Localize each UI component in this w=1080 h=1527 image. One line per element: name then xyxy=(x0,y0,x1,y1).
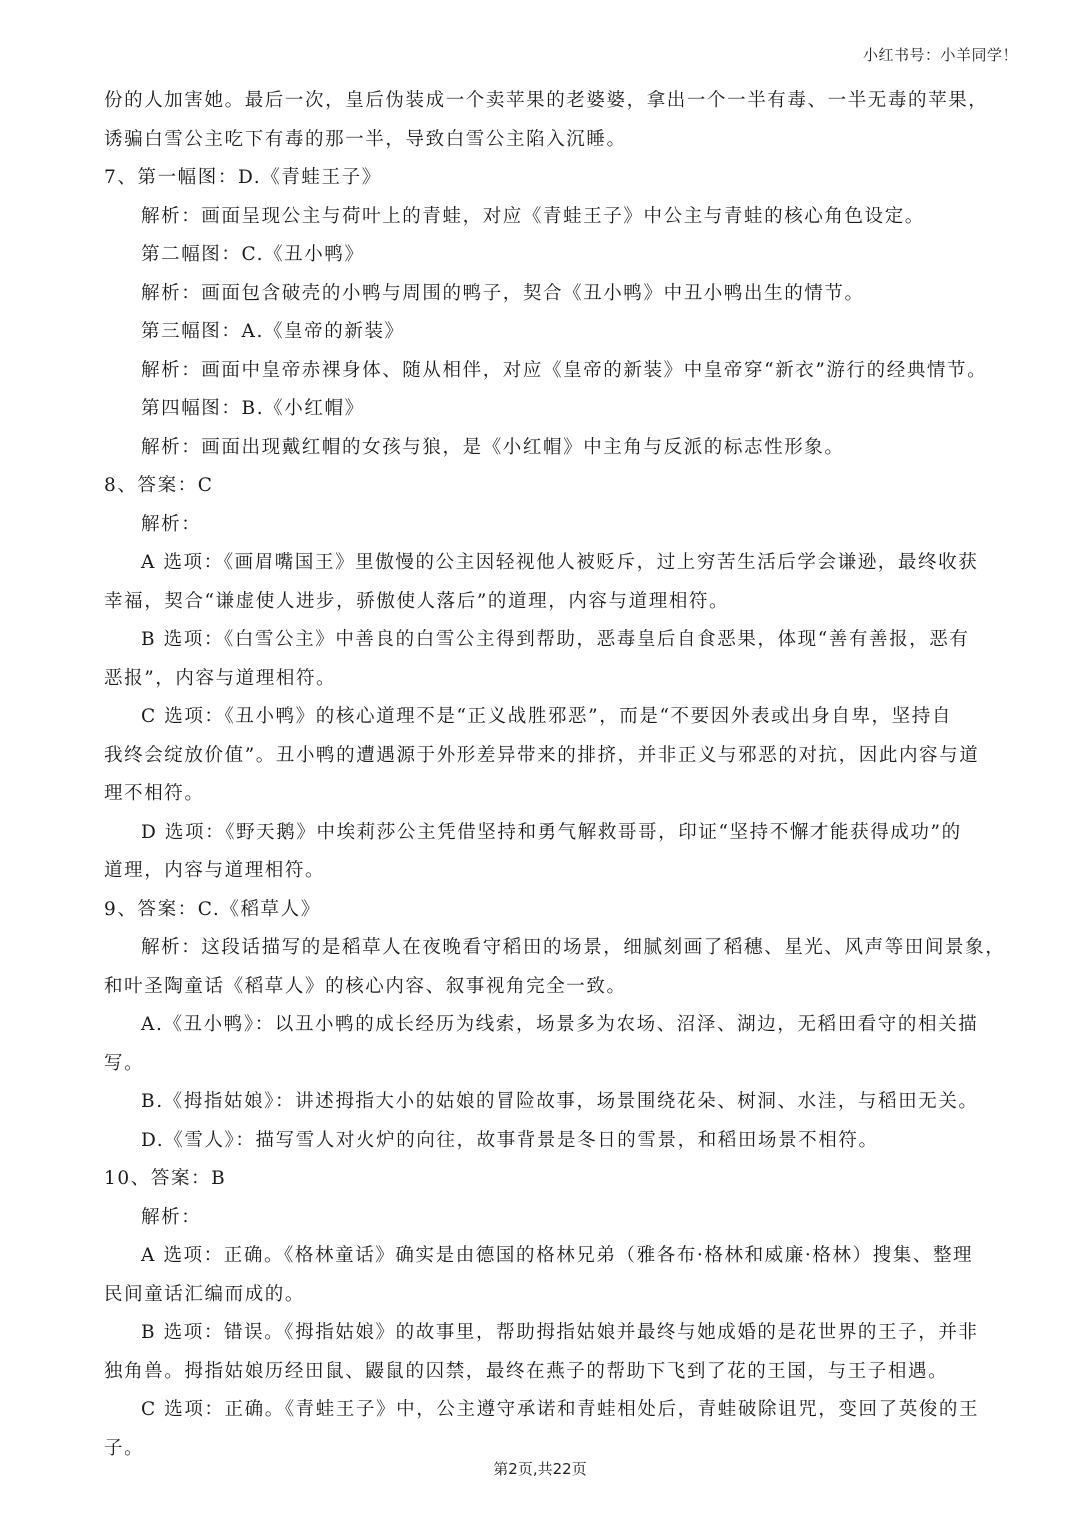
text-line: C 选项：正确。《青蛙王子》中，公主遵守承诺和青蛙相处后，青蛙破除诅咒，变回了英… xyxy=(104,1391,978,1430)
q7-analysis-2: 解析：画面包含破壳的小鸭与周围的鸭子，契合《丑小鸭》中丑小鸭出生的情节。 xyxy=(104,275,978,314)
text-line: 民间童话汇编而成的。 xyxy=(104,1276,978,1315)
q7-analysis-4: 解析：画面出现戴红帽的女孩与狼，是《小红帽》中主角与反派的标志性形象。 xyxy=(104,429,978,468)
q9-option-b: B.《拇指姑娘》：讲述拇指大小的姑娘的冒险故事，场景围绕花朵、树洞、水洼，与稻田… xyxy=(104,1083,978,1122)
text-line: 和叶圣陶童话《稻草人》的核心内容、叙事视角完全一致。 xyxy=(104,968,978,1007)
question-7-title: 7、第一幅图：D.《青蛙王子》 xyxy=(104,159,978,198)
q10-option-b: B 选项：错误。《拇指姑娘》的故事里，帮助拇指姑娘并最终与她成婚的是花世界的王子… xyxy=(104,1314,978,1391)
watermark-account: 小红书号：小羊同学！ xyxy=(863,44,1018,65)
q8-analysis-label: 解析： xyxy=(104,506,978,545)
text-line: B.《拇指姑娘》：讲述拇指大小的姑娘的冒险故事，场景围绕花朵、树洞、水洼，与稻田… xyxy=(104,1083,978,1122)
question-9-title: 9、答案：C.《稻草人》 xyxy=(104,891,978,930)
q10-option-c: C 选项：正确。《青蛙王子》中，公主遵守承诺和青蛙相处后，青蛙破除诅咒，变回了英… xyxy=(104,1391,978,1468)
q8-option-b: B 选项：《白雪公主》中善良的白雪公主得到帮助，恶毒皇后自食恶果，体现“善有善报… xyxy=(104,621,978,698)
text-line: 理不相符。 xyxy=(104,775,978,814)
page-indicator: 第2页,共22页 xyxy=(0,1458,1080,1479)
q7-picture-3: 第三幅图：A.《皇帝的新装》 xyxy=(104,313,978,352)
q9-analysis: 解析：这段话描写的是稻草人在夜晚看守稻田的场景，细腻刻画了稻穗、星光、风声等田间… xyxy=(104,929,978,1006)
question-8-title: 8、答案：C xyxy=(104,467,978,506)
text-line: D.《雪人》：描写雪人对火炉的向往，故事背景是冬日的雪景，和稻田场景不相符。 xyxy=(104,1122,978,1161)
text-line: 诱骗白雪公主吃下有毒的那一半，导致白雪公主陷入沉睡。 xyxy=(104,121,978,160)
text-line: A 选项：正确。《格林童话》确实是由德国的格林兄弟（雅各布·格林和威廉·格林）搜… xyxy=(104,1237,978,1276)
q10-analysis-label: 解析： xyxy=(104,1199,978,1238)
q8-option-c: C 选项：《丑小鸭》的核心道理不是“正义战胜邪恶”，而是“不要因外表或出身自卑，… xyxy=(104,698,978,814)
q7-picture-2: 第二幅图：C.《丑小鸭》 xyxy=(104,236,978,275)
question-10-title: 10、答案：B xyxy=(104,1160,978,1199)
q10-option-a: A 选项：正确。《格林童话》确实是由德国的格林兄弟（雅各布·格林和威廉·格林）搜… xyxy=(104,1237,978,1314)
text-line: A 选项：《画眉嘴国王》里傲慢的公主因轻视他人被贬斥，过上穷苦生活后学会谦逊，最… xyxy=(104,544,978,583)
q7-analysis-3: 解析：画面中皇帝赤裸身体、随从相伴，对应《皇帝的新装》中皇帝穿“新衣”游行的经典… xyxy=(104,352,978,391)
text-line: 写。 xyxy=(104,1045,978,1084)
text-line: 幸福，契合“谦虚使人进步，骄傲使人落后”的道理，内容与道理相符。 xyxy=(104,583,978,622)
document-body: 份的人加害她。最后一次，皇后伪装成一个卖苹果的老婆婆，拿出一个一半有毒、一半无毒… xyxy=(104,82,978,1468)
text-line: 解析：这段话描写的是稻草人在夜晚看守稻田的场景，细腻刻画了稻穗、星光、风声等田间… xyxy=(104,929,978,968)
q9-option-d: D.《雪人》：描写雪人对火炉的向往，故事背景是冬日的雪景，和稻田场景不相符。 xyxy=(104,1122,978,1161)
q8-option-a: A 选项：《画眉嘴国王》里傲慢的公主因轻视他人被贬斥，过上穷苦生活后学会谦逊，最… xyxy=(104,544,978,621)
text-line: D 选项：《野天鹅》中埃莉莎公主凭借坚持和勇气解救哥哥，印证“坚持不懈才能获得成… xyxy=(104,814,978,853)
text-line: 份的人加害她。最后一次，皇后伪装成一个卖苹果的老婆婆，拿出一个一半有毒、一半无毒… xyxy=(104,82,978,121)
text-line: 独角兽。拇指姑娘历经田鼠、鼹鼠的囚禁，最终在燕子的帮助下飞到了花的王国，与王子相… xyxy=(104,1353,978,1392)
text-line: A.《丑小鸭》：以丑小鸭的成长经历为线索，场景多为农场、沼泽、湖边，无稻田看守的… xyxy=(104,1006,978,1045)
text-line: C 选项：《丑小鸭》的核心道理不是“正义战胜邪恶”，而是“不要因外表或出身自卑，… xyxy=(104,698,978,737)
q8-option-d: D 选项：《野天鹅》中埃莉莎公主凭借坚持和勇气解救哥哥，印证“坚持不懈才能获得成… xyxy=(104,814,978,891)
q7-analysis-1: 解析：画面呈现公主与荷叶上的青蛙，对应《青蛙王子》中公主与青蛙的核心角色设定。 xyxy=(104,198,978,237)
text-line: B 选项：错误。《拇指姑娘》的故事里，帮助拇指姑娘并最终与她成婚的是花世界的王子… xyxy=(104,1314,978,1353)
q7-picture-4: 第四幅图：B.《小红帽》 xyxy=(104,390,978,429)
q9-option-a: A.《丑小鸭》：以丑小鸭的成长经历为线索，场景多为农场、沼泽、湖边，无稻田看守的… xyxy=(104,1006,978,1083)
text-line: 我终会绽放价值”。丑小鸭的遭遇源于外形差异带来的排挤，并非正义与邪恶的对抗，因此… xyxy=(104,737,978,776)
text-line: B 选项：《白雪公主》中善良的白雪公主得到帮助，恶毒皇后自食恶果，体现“善有善报… xyxy=(104,621,978,660)
text-line: 道理，内容与道理相符。 xyxy=(104,852,978,891)
text-line: 恶报”，内容与道理相符。 xyxy=(104,660,978,699)
